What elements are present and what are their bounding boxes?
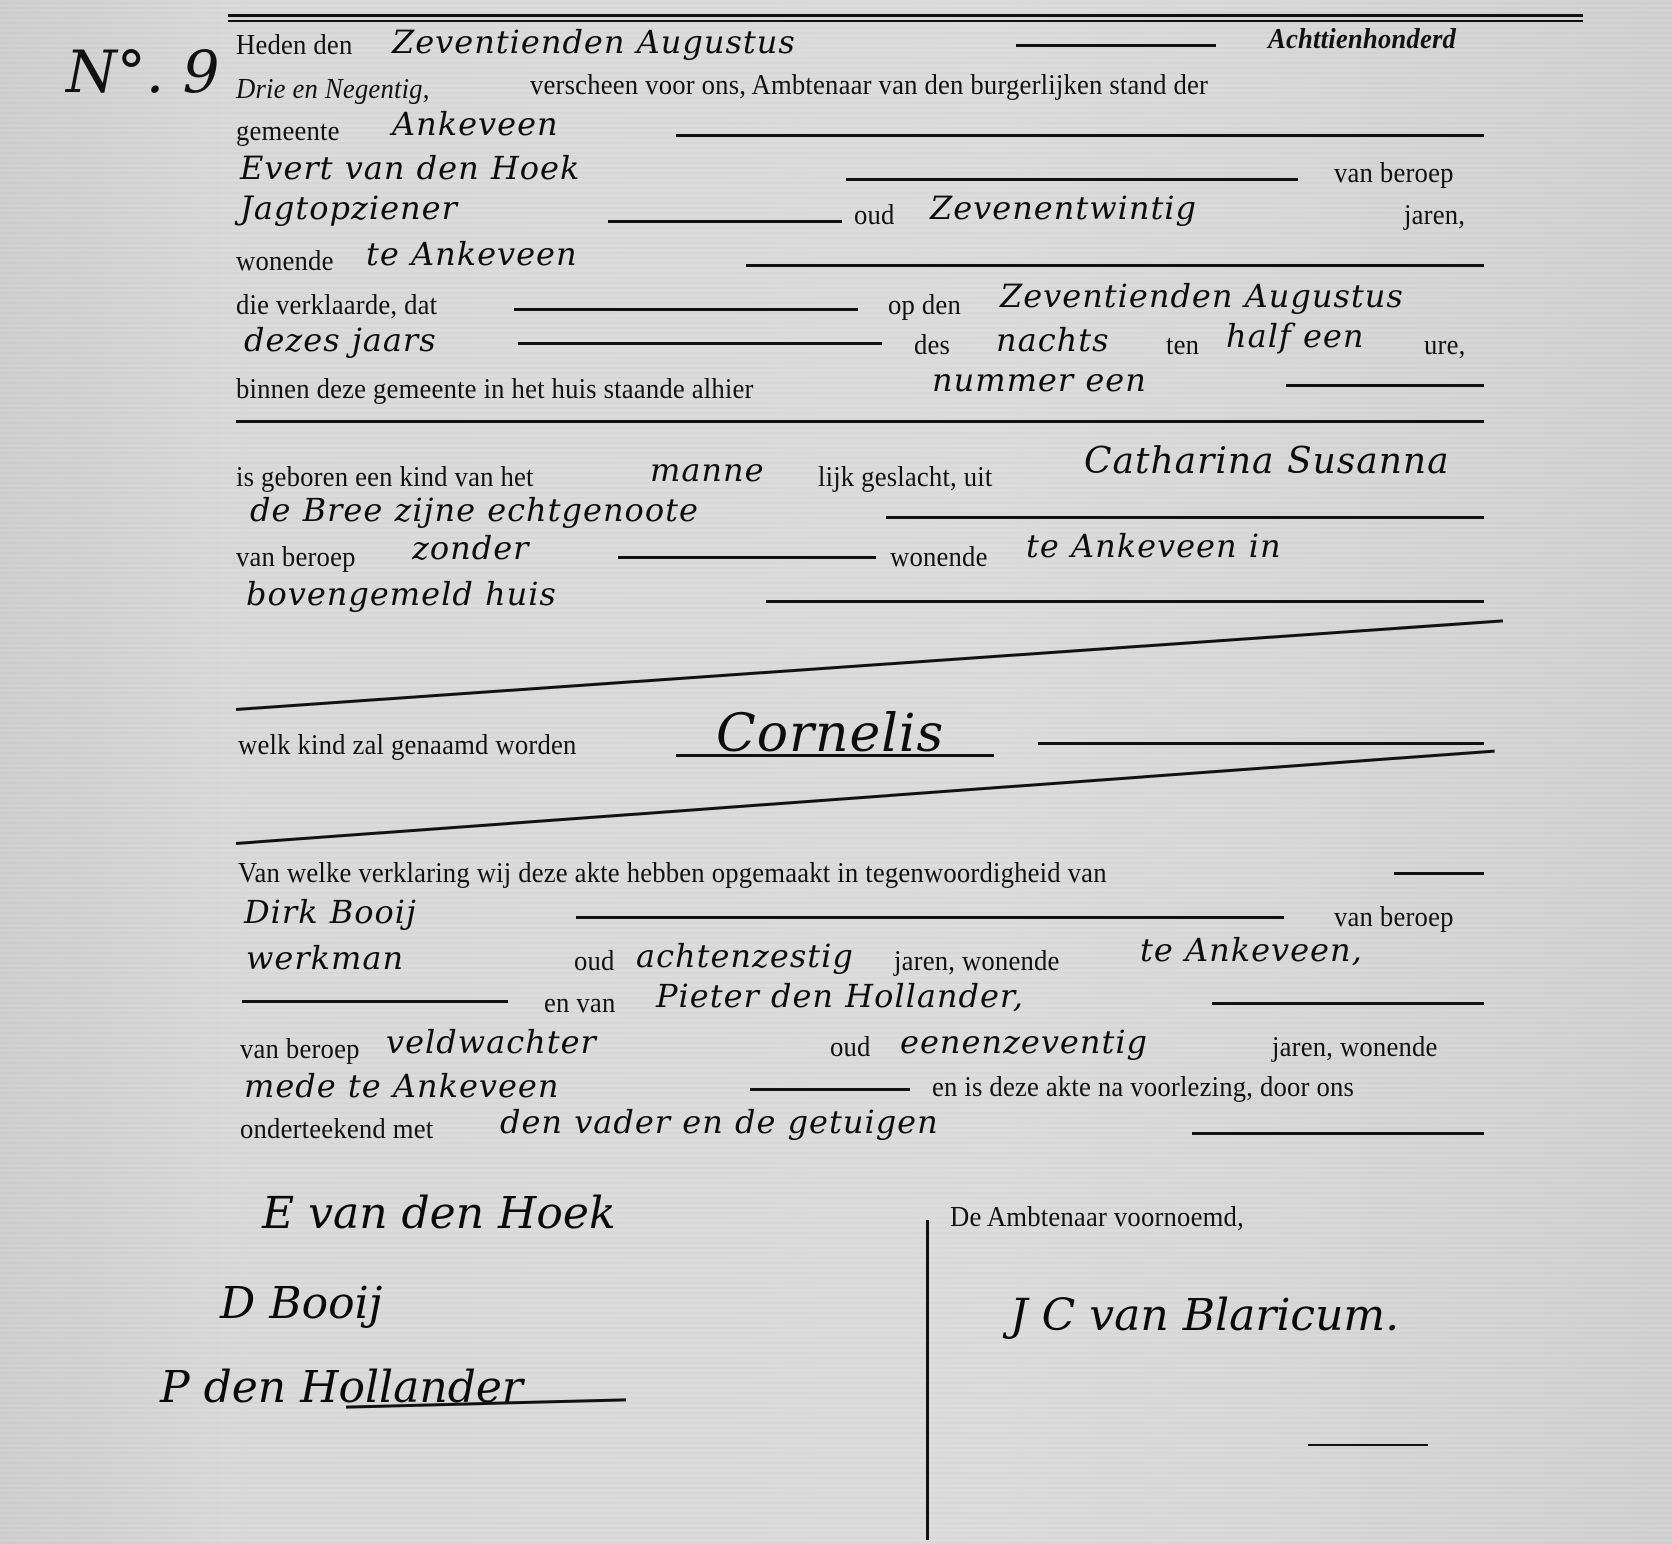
mother-residence-1: te Ankeveen in: [1026, 528, 1282, 564]
fill-line: [746, 264, 1484, 267]
witness2-occupation: veldwachter: [386, 1024, 597, 1060]
child-sex: manne: [650, 452, 765, 488]
fill-line: [846, 178, 1298, 181]
fill-line: [886, 516, 1484, 519]
w2-oud-label: oud: [830, 1030, 871, 1064]
fill-line: [1394, 872, 1484, 875]
w2-jaren-label: jaren, wonende: [1272, 1030, 1438, 1064]
official-flourish: [926, 1220, 929, 1540]
declarant-residence: te Ankeveen: [366, 236, 578, 272]
fill-line: [1212, 1002, 1484, 1005]
fill-line: [1038, 742, 1484, 745]
declarant-name: Evert van den Hoek: [240, 150, 580, 186]
witness2-residence: mede te Ankeveen: [244, 1068, 559, 1104]
fill-line: [242, 1000, 508, 1003]
fill-line: [518, 342, 882, 345]
birth-hour: half een: [1226, 318, 1364, 354]
witness2-age: eenenzeventig: [900, 1024, 1148, 1060]
declarant-age: Zevenentwintig: [930, 190, 1197, 226]
witness1-age: achtenzestig: [636, 938, 854, 974]
onderteekend-label: onderteekend met: [240, 1112, 433, 1146]
birth-date: Zeventienden Augustus: [1000, 278, 1404, 314]
voorlezing-text: en is deze akte na voorlezing, door ons: [932, 1070, 1354, 1104]
w2-beroep-label: van beroep: [240, 1032, 360, 1066]
w1-oud-label: oud: [574, 944, 615, 978]
mother-residence-2: bovengemeld huis: [246, 576, 557, 612]
jaren-label: jaren,: [1404, 198, 1465, 232]
fill-line: [236, 420, 1484, 423]
official-signature: J C van Blaricum.: [1010, 1290, 1399, 1341]
birth-year: dezes jaars: [244, 322, 437, 358]
time-of-day: nachts: [996, 322, 1110, 358]
witness1-name: Dirk Booij: [244, 894, 417, 930]
fill-line: [1192, 1132, 1484, 1135]
witness1-signature: D Booij: [220, 1278, 382, 1329]
fill-line: [1286, 384, 1484, 387]
des-label: des: [914, 328, 950, 362]
signature-flourish: [1308, 1444, 1428, 1446]
fill-line: [514, 308, 858, 311]
document-page: N°. 9 Heden den Zeventienden Augustus Ac…: [0, 0, 1672, 1544]
official-label: De Ambtenaar voornoemd,: [950, 1200, 1244, 1234]
verklaarde-label: die verklaarde, dat: [236, 288, 437, 322]
fill-line: [750, 1088, 910, 1091]
fill-line: [618, 556, 876, 559]
child-name-label: welk kind zal genaamd worden: [238, 728, 577, 762]
fill-line: [676, 134, 1484, 137]
binnen-label: binnen deze gemeente in het huis staande…: [236, 372, 754, 406]
verscheen-text: verscheen voor ons, Ambtenaar van den bu…: [530, 68, 1208, 102]
year-label-2: Drie en Negentig,: [236, 72, 430, 106]
fill-line: [608, 220, 842, 223]
father-signature: E van den Hoek: [262, 1188, 616, 1239]
witness-intro: Van welke verklaring wij deze akte hebbe…: [238, 856, 1107, 890]
year-label-1: Achttienhonderd: [1268, 22, 1456, 56]
wonende-label: wonende: [236, 244, 334, 278]
mother-occupation: zonder: [412, 530, 529, 566]
mother-wonende-label: wonende: [890, 540, 988, 574]
fill-line: [1016, 44, 1216, 47]
strike-line: [236, 619, 1503, 711]
house-number: nummer een: [932, 362, 1147, 398]
oud-label: oud: [854, 198, 895, 232]
gemeente-value: Ankeveen: [392, 106, 559, 142]
fill-line: [576, 916, 1284, 919]
witness1-occupation: werkman: [246, 940, 404, 976]
gemeente-label: gemeente: [236, 114, 340, 148]
child-name-underline: [676, 754, 994, 757]
fill-line: [766, 600, 1484, 603]
geboren-label: is geboren een kind van het: [236, 460, 534, 494]
mother-surname: de Bree zijne echtgenoote: [250, 492, 699, 528]
op-den-label: op den: [888, 288, 961, 322]
van-beroep-label: van beroep: [1334, 156, 1454, 190]
declarant-occupation: Jagtopziener: [240, 190, 458, 226]
ten-label: ten: [1166, 328, 1199, 362]
w1-jaren-label: jaren, wonende: [894, 944, 1060, 978]
lijk-label: lijk geslacht, uit: [818, 460, 992, 494]
record-number: N°. 9: [66, 38, 220, 106]
witness2-name: Pieter den Hollander,: [656, 978, 1024, 1014]
top-rule: [228, 14, 1583, 17]
en-van-label: en van: [544, 986, 615, 1020]
heden-den-label: Heden den: [236, 28, 352, 62]
mother-name: Catharina Susanna: [1084, 444, 1450, 480]
witness1-residence: te Ankeveen,: [1140, 932, 1363, 968]
ure-label: ure,: [1424, 328, 1465, 362]
w1-beroep-label: van beroep: [1334, 900, 1454, 934]
signed-with: den vader en de getuigen: [500, 1104, 939, 1140]
mother-beroep-label: van beroep: [236, 540, 356, 574]
registration-date: Zeventienden Augustus: [392, 24, 796, 60]
